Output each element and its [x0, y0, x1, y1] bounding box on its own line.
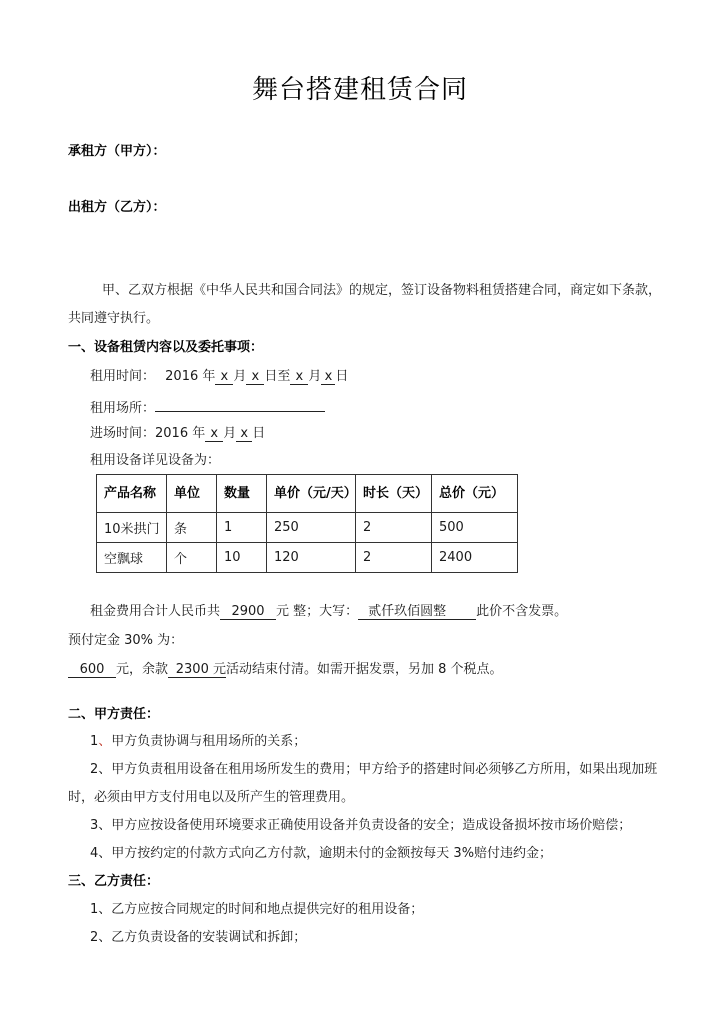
cell-product-name: 10米拱门: [97, 513, 167, 543]
section2-item-2-cont: 时，必须由甲方支付用电以及所产生的管理费用。: [68, 789, 354, 807]
total-amount: 2900: [220, 604, 276, 620]
intro-line-2: 共同遵守执行。: [68, 310, 159, 328]
item-text: 甲方负责协调与租用场所的关系；: [111, 734, 306, 749]
total-unit: 元 整；大写：: [276, 604, 358, 619]
day-char: 日: [335, 369, 348, 384]
rental-end-day: x: [321, 369, 335, 385]
rental-year: 2016 年: [165, 369, 215, 384]
rental-start-month: x: [215, 369, 233, 385]
item-text: 乙方应按合同规定的时间和地点提供完好的租用设备；: [111, 902, 423, 917]
intro-line-1: 甲、乙双方根据《中华人民共和国合同法》的规定，签订设备物料租赁搭建合同，商定如下…: [102, 282, 661, 300]
item-text: 甲方负责租用设备在租用场所发生的费用；甲方给予的搭建时间必须够乙方所用，如果出现…: [111, 762, 657, 777]
table-header-row: 产品名称 单位 数量 单价（元/天） 时长（天） 总价（元）: [97, 475, 518, 513]
total-suffix: 此价不含发票。: [476, 604, 567, 619]
item-text: 甲方按约定的付款方式向乙方付款，逾期未付的金额按每天 3%赔付违约金；: [111, 846, 552, 861]
cell-total-price: 2400: [432, 543, 518, 573]
deposit-line: 600元，余款2300 元活动结束付清。如需开据发票，另加 8 个税点。: [68, 661, 503, 679]
venue-field: [155, 396, 325, 412]
party-b-label: 出租方（乙方）：: [68, 199, 166, 217]
item-separator: 、: [98, 734, 111, 749]
contract-page: 舞台搭建租赁合同 承租方（甲方）： 出租方（乙方）： 甲、乙双方根据《中华人民共…: [0, 0, 720, 1017]
header-duration: 时长（天）: [356, 475, 432, 513]
party-a-label: 承租方（甲方）：: [68, 143, 166, 161]
cell-unit: 个: [167, 543, 217, 573]
table-row: 空飘球 个 10 120 2 2400: [97, 543, 518, 573]
balance-value: 2300: [176, 662, 209, 677]
rental-end-month: x: [290, 369, 308, 385]
rental-time-label: 租用时间：: [90, 369, 155, 384]
section1-heading: 一、设备租赁内容以及委托事项：: [68, 339, 263, 357]
equipment-table: 产品名称 单位 数量 单价（元/天） 时长（天） 总价（元） 10米拱门 条 1…: [96, 474, 518, 573]
cell-duration: 2: [356, 513, 432, 543]
header-total-price: 总价（元）: [432, 475, 518, 513]
header-quantity: 数量: [217, 475, 267, 513]
section3-item-2: 2、乙方负责设备的安装调试和拆卸；: [90, 929, 306, 947]
header-unit-price: 单价（元/天）: [267, 475, 356, 513]
item-separator: 、: [98, 762, 111, 777]
section3-item-1: 1、乙方应按合同规定的时间和地点提供完好的租用设备；: [90, 901, 423, 919]
total-amount-words: 贰仟玖佰圆整: [358, 604, 476, 620]
month-char: 月: [308, 369, 321, 384]
entry-time-label: 进场时间：2016 年: [90, 426, 205, 441]
table-row: 10米拱门 条 1 250 2 500: [97, 513, 518, 543]
deposit-mid: 元，余款: [116, 662, 168, 677]
section2-heading: 二、甲方责任：: [68, 706, 159, 724]
deposit-label: 预付定金 30% 为：: [68, 632, 183, 650]
venue-label: 租用场所：: [90, 401, 155, 416]
cell-product-name: 空飘球: [97, 543, 167, 573]
entry-month: x: [205, 426, 223, 442]
item-text: 甲方应按设备使用环境要求正确使用设备并负责设备的安全；造成设备损坏按市场价赔偿；: [111, 818, 631, 833]
month-char: 月: [223, 426, 236, 441]
section2-item-2: 2、甲方负责租用设备在租用场所发生的费用；甲方给予的搭建时间必须够乙方所用，如果…: [90, 761, 657, 779]
deposit-suffix: 活动结束付清。如需开据发票，另加 8 个税点。: [226, 662, 503, 677]
section3-heading: 三、乙方责任：: [68, 873, 159, 891]
month-char: 月: [233, 369, 246, 384]
cell-quantity: 1: [217, 513, 267, 543]
day-to-char: 日至: [264, 369, 290, 384]
header-product-name: 产品名称: [97, 475, 167, 513]
cell-total-price: 500: [432, 513, 518, 543]
total-prefix: 租金费用合计人民币共: [90, 604, 220, 619]
item-separator: 、: [98, 930, 111, 945]
total-line: 租金费用合计人民币共2900元 整；大写：贰仟玖佰圆整此价不含发票。: [90, 603, 567, 621]
venue-line: 租用场所：: [90, 396, 325, 418]
item-separator: 、: [98, 818, 111, 833]
entry-time-line: 进场时间：2016 年x月x日: [90, 425, 265, 443]
equipment-intro: 租用设备详见设备为：: [90, 452, 220, 470]
cell-quantity: 10: [217, 543, 267, 573]
balance-unit: 元: [213, 662, 226, 677]
balance-amount: 2300 元: [168, 662, 226, 678]
section2-item-4: 4、甲方按约定的付款方式向乙方付款，逾期未付的金额按每天 3%赔付违约金；: [90, 845, 552, 863]
item-separator: 、: [98, 902, 111, 917]
deposit-amount: 600: [68, 662, 116, 678]
section2-item-3: 3、甲方应按设备使用环境要求正确使用设备并负责设备的安全；造成设备损坏按市场价赔…: [90, 817, 631, 835]
header-unit: 单位: [167, 475, 217, 513]
rental-start-day: x: [246, 369, 264, 385]
cell-unit: 条: [167, 513, 217, 543]
item-separator: 、: [98, 846, 111, 861]
cell-unit-price: 250: [267, 513, 356, 543]
section2-item-1: 1、甲方负责协调与租用场所的关系；: [90, 733, 306, 751]
cell-unit-price: 120: [267, 543, 356, 573]
item-text: 乙方负责设备的安装调试和拆卸；: [111, 930, 306, 945]
day-char: 日: [252, 426, 265, 441]
rental-time-line: 租用时间： 2016 年x月x日至x月x日: [90, 368, 348, 386]
cell-duration: 2: [356, 543, 432, 573]
entry-day: x: [236, 426, 252, 442]
document-title: 舞台搭建租赁合同: [0, 72, 720, 108]
